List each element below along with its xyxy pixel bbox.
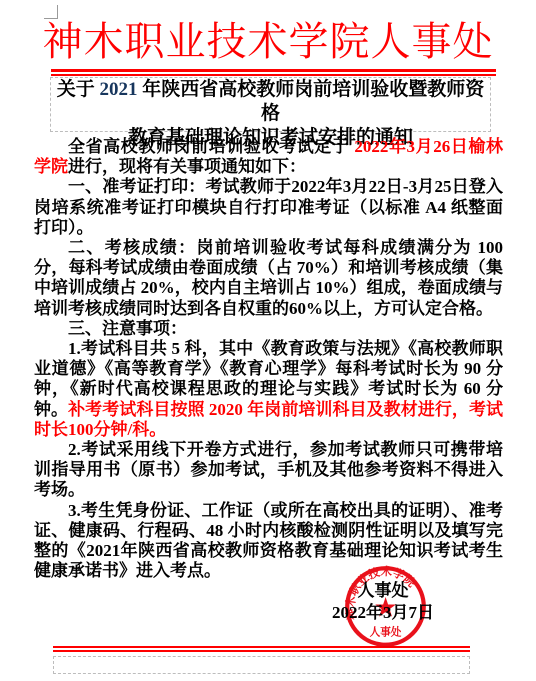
notice-title-box: 关于 2021 年陕西省高校教师岗前培训验收暨教师资格 教育基础理论知识考试安排…: [50, 77, 491, 132]
signature-date: 2022年3月7日: [297, 602, 469, 624]
footer-boundary-box: [53, 656, 470, 674]
document-page: 神木职业技术学院人事处 关于 2021 年陕西省高校教师岗前培训验收暨教师资格 …: [0, 0, 536, 681]
paragraph-notes-heading: 三、注意事项：: [34, 319, 503, 339]
notice-title-year: 2021: [100, 79, 138, 100]
letterhead-divider-line: [51, 69, 496, 76]
signature-block: 人事处 2022年3月7日: [297, 580, 469, 624]
intro-text-post: 进行，现将有关事项通知如下：: [68, 157, 306, 176]
notice-body: 全省高校教师岗前培训验收考试定于 2022年3月26日榆林学院进行，现将有关事项…: [34, 137, 503, 581]
paragraph-scoring: 二、考核成绩：岗前培训验收考试每科成绩满分为 100 分，每科考试成绩由卷面成绩…: [34, 238, 503, 319]
paragraph-entry-requirements: 3.考生凭身份证、工作证（或所在高校出具的证明）、准考证、健康码、行程码、48 …: [34, 501, 503, 582]
paragraph-subjects: 1.考试科目共 5 科，其中《教育政策与法规》《高校教师职 业道德》《高等教育学…: [34, 339, 503, 440]
paragraph-intro: 全省高校教师岗前培训验收考试定于 2022年3月26日榆林学院进行，现将有关事项…: [34, 137, 503, 177]
notice-title-line1: 关于 2021 年陕西省高校教师岗前培训验收暨教师资格: [51, 78, 490, 126]
letterhead-title: 神木职业技术学院人事处: [0, 10, 536, 67]
paragraph-open-book: 2.考试采用线下开卷方式进行，参加考试教师只可携带培训指导用书（原书）参加考试，…: [34, 440, 503, 501]
notice-title-line1-pre: 关于: [57, 79, 100, 100]
makeup-exam-highlight: 补考考试科目按照 2020 年岗前培训科目及教材进行，考试时长100分钟/科。: [34, 400, 503, 439]
notice-title-line1-post: 年陕西省高校教师岗前培训验收暨教师资格: [138, 79, 485, 124]
paragraph-admission-ticket: 一、准考证打印：考试教师于2022年3月22日-3月25日登入岗培系统准考证打印…: [34, 177, 503, 238]
intro-text-pre: 全省高校教师岗前培训验收考试定于: [68, 137, 354, 156]
signature-office: 人事处: [297, 580, 469, 602]
seal-bottom-text: 人事处: [370, 626, 402, 639]
